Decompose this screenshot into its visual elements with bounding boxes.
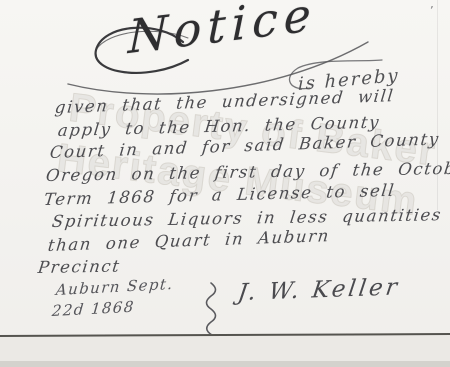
body-line: Spirituous Liquors in less quantities (51, 205, 443, 231)
body-line: Precinct (37, 257, 122, 277)
dateline-brace-icon (200, 283, 222, 335)
body-line: Term 1868 for a License to sell (43, 181, 396, 209)
stray-ink-mark: ’ (430, 4, 434, 17)
scan-mat-strip (0, 361, 450, 367)
dateline-date: 22d 1868 (51, 298, 135, 320)
handwriting-layer: Notice is hereby given that the undersig… (0, 0, 450, 367)
dateline-place: Auburn Sept. (55, 275, 174, 299)
signature: J. W. Keller (236, 274, 401, 306)
body-line: than one Quart in Auburn (47, 226, 331, 255)
paper-crease (437, 0, 438, 210)
scanned-document: Property of Baker Heritage Museum Notice… (0, 0, 450, 367)
